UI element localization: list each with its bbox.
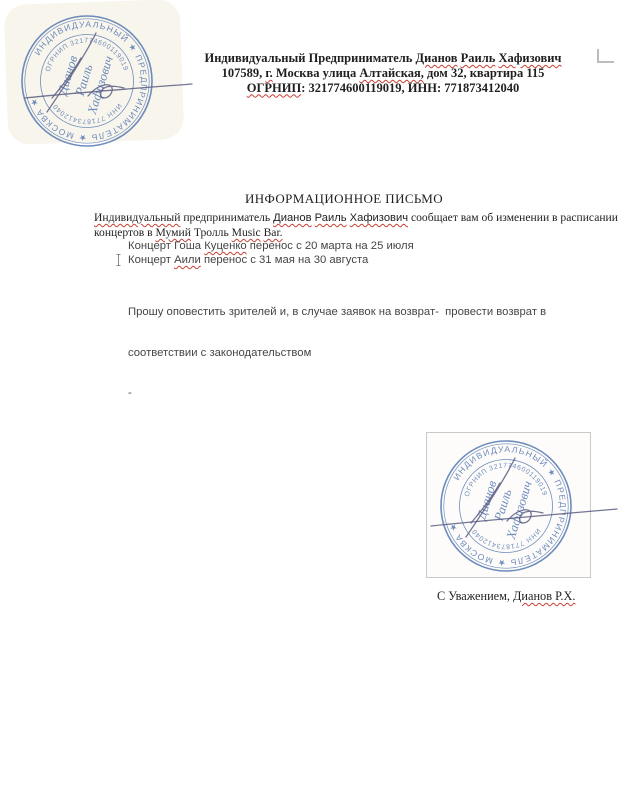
- trailing-dash: -: [128, 387, 546, 401]
- paragraph-1-line-2: концертов в Мумий Тролль Music Bar.: [94, 226, 618, 240]
- body-paragraph-1: Индивидуальный предприниматель Дианов Ра…: [94, 211, 618, 240]
- text-boundary-corner-icon: [597, 49, 614, 63]
- text-cursor-icon: [115, 253, 123, 267]
- letterhead-line-ogrnip-inn: ОГРНИП: 321774600119019, ИНН: 7718734120…: [160, 81, 606, 96]
- concert-line-1: Концерт Гоша Куценко перенос с 20 марта …: [128, 240, 414, 254]
- request-line-1: Прошу оповестить зрителей и, в случае за…: [128, 306, 546, 320]
- letterhead-line-address: 107589, г. Москва улица Алтайская, дом 3…: [160, 66, 606, 81]
- letterhead-line-name: Индивидуальный Предприниматель Дианов Ра…: [160, 51, 606, 66]
- letterhead: Индивидуальный Предприниматель Дианов Ра…: [160, 51, 606, 95]
- round-stamp-bottom-right: ИНДИВИДУАЛЬНЫЙ ★ ПРЕДПРИНИМАТЕЛЬ ★ МОСКВ…: [429, 433, 619, 581]
- paragraph-1-line-1: Индивидуальный предприниматель Дианов Ра…: [94, 211, 618, 226]
- request-line-2: соответствии с законодательством: [128, 347, 546, 361]
- signature-line: С Уважением, Дианов Р.Х.: [437, 589, 575, 604]
- concert-line-2: Концерт Аили перенос с 31 мая на 30 авгу…: [128, 254, 414, 268]
- request-paragraph: Прошу оповестить зрителей и, в случае за…: [128, 279, 546, 428]
- concert-lines: Концерт Гоша Куценко перенос с 20 марта …: [128, 240, 414, 268]
- document-page: ИНДИВИДУАЛЬНЫЙ ★ ПРЕДПРИНИМАТЕЛЬ ★ МОСКВ…: [0, 0, 635, 798]
- letter-title: ИНФОРМАЦИОННОЕ ПИСЬМО: [94, 191, 594, 206]
